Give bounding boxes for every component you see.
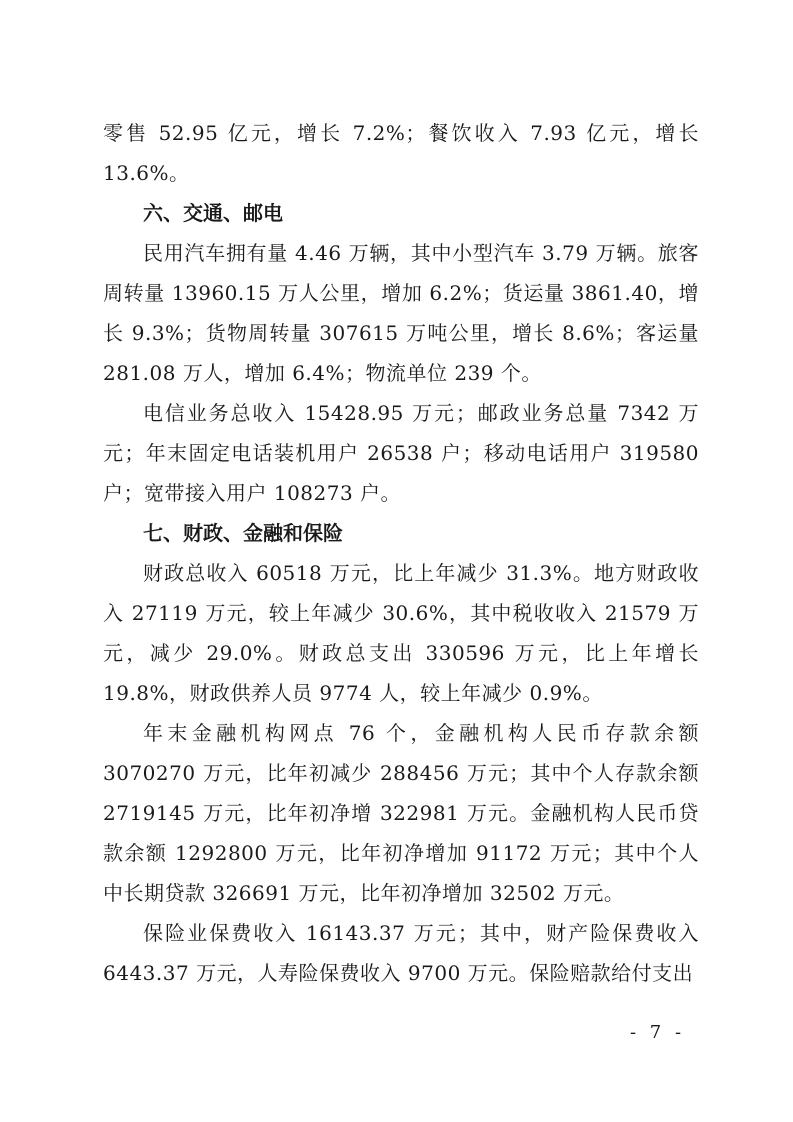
section-heading-finance-insurance: 七、财政、金融和保险 — [103, 513, 699, 553]
paragraph-vehicles-freight: 民用汽车拥有量 4.46 万辆，其中小型汽车 3.79 万辆。旅客周转量 139… — [103, 233, 699, 393]
page-number: - 7 - — [630, 1022, 685, 1043]
paragraph-insurance: 保险业保费收入 16143.37 万元；其中，财产险保费收入 6443.37 万… — [103, 913, 699, 993]
section-heading-transport-post: 六、交通、邮电 — [103, 193, 699, 233]
paragraph-telecom: 电信业务总收入 15428.95 万元；邮政业务总量 7342 万元；年末固定电… — [103, 393, 699, 513]
paragraph-banking: 年末金融机构网点 76 个，金融机构人民币存款余额 3070270 万元，比年初… — [103, 713, 699, 913]
paragraph-retail-continuation: 零售 52.95 亿元，增长 7.2%；餐饮收入 7.93 亿元，增长 13.6… — [103, 113, 699, 193]
document-page: 零售 52.95 亿元，增长 7.2%；餐饮收入 7.93 亿元，增长 13.6… — [103, 113, 699, 993]
paragraph-fiscal: 财政总收入 60518 万元，比上年减少 31.3%。地方财政收入 27119 … — [103, 553, 699, 713]
